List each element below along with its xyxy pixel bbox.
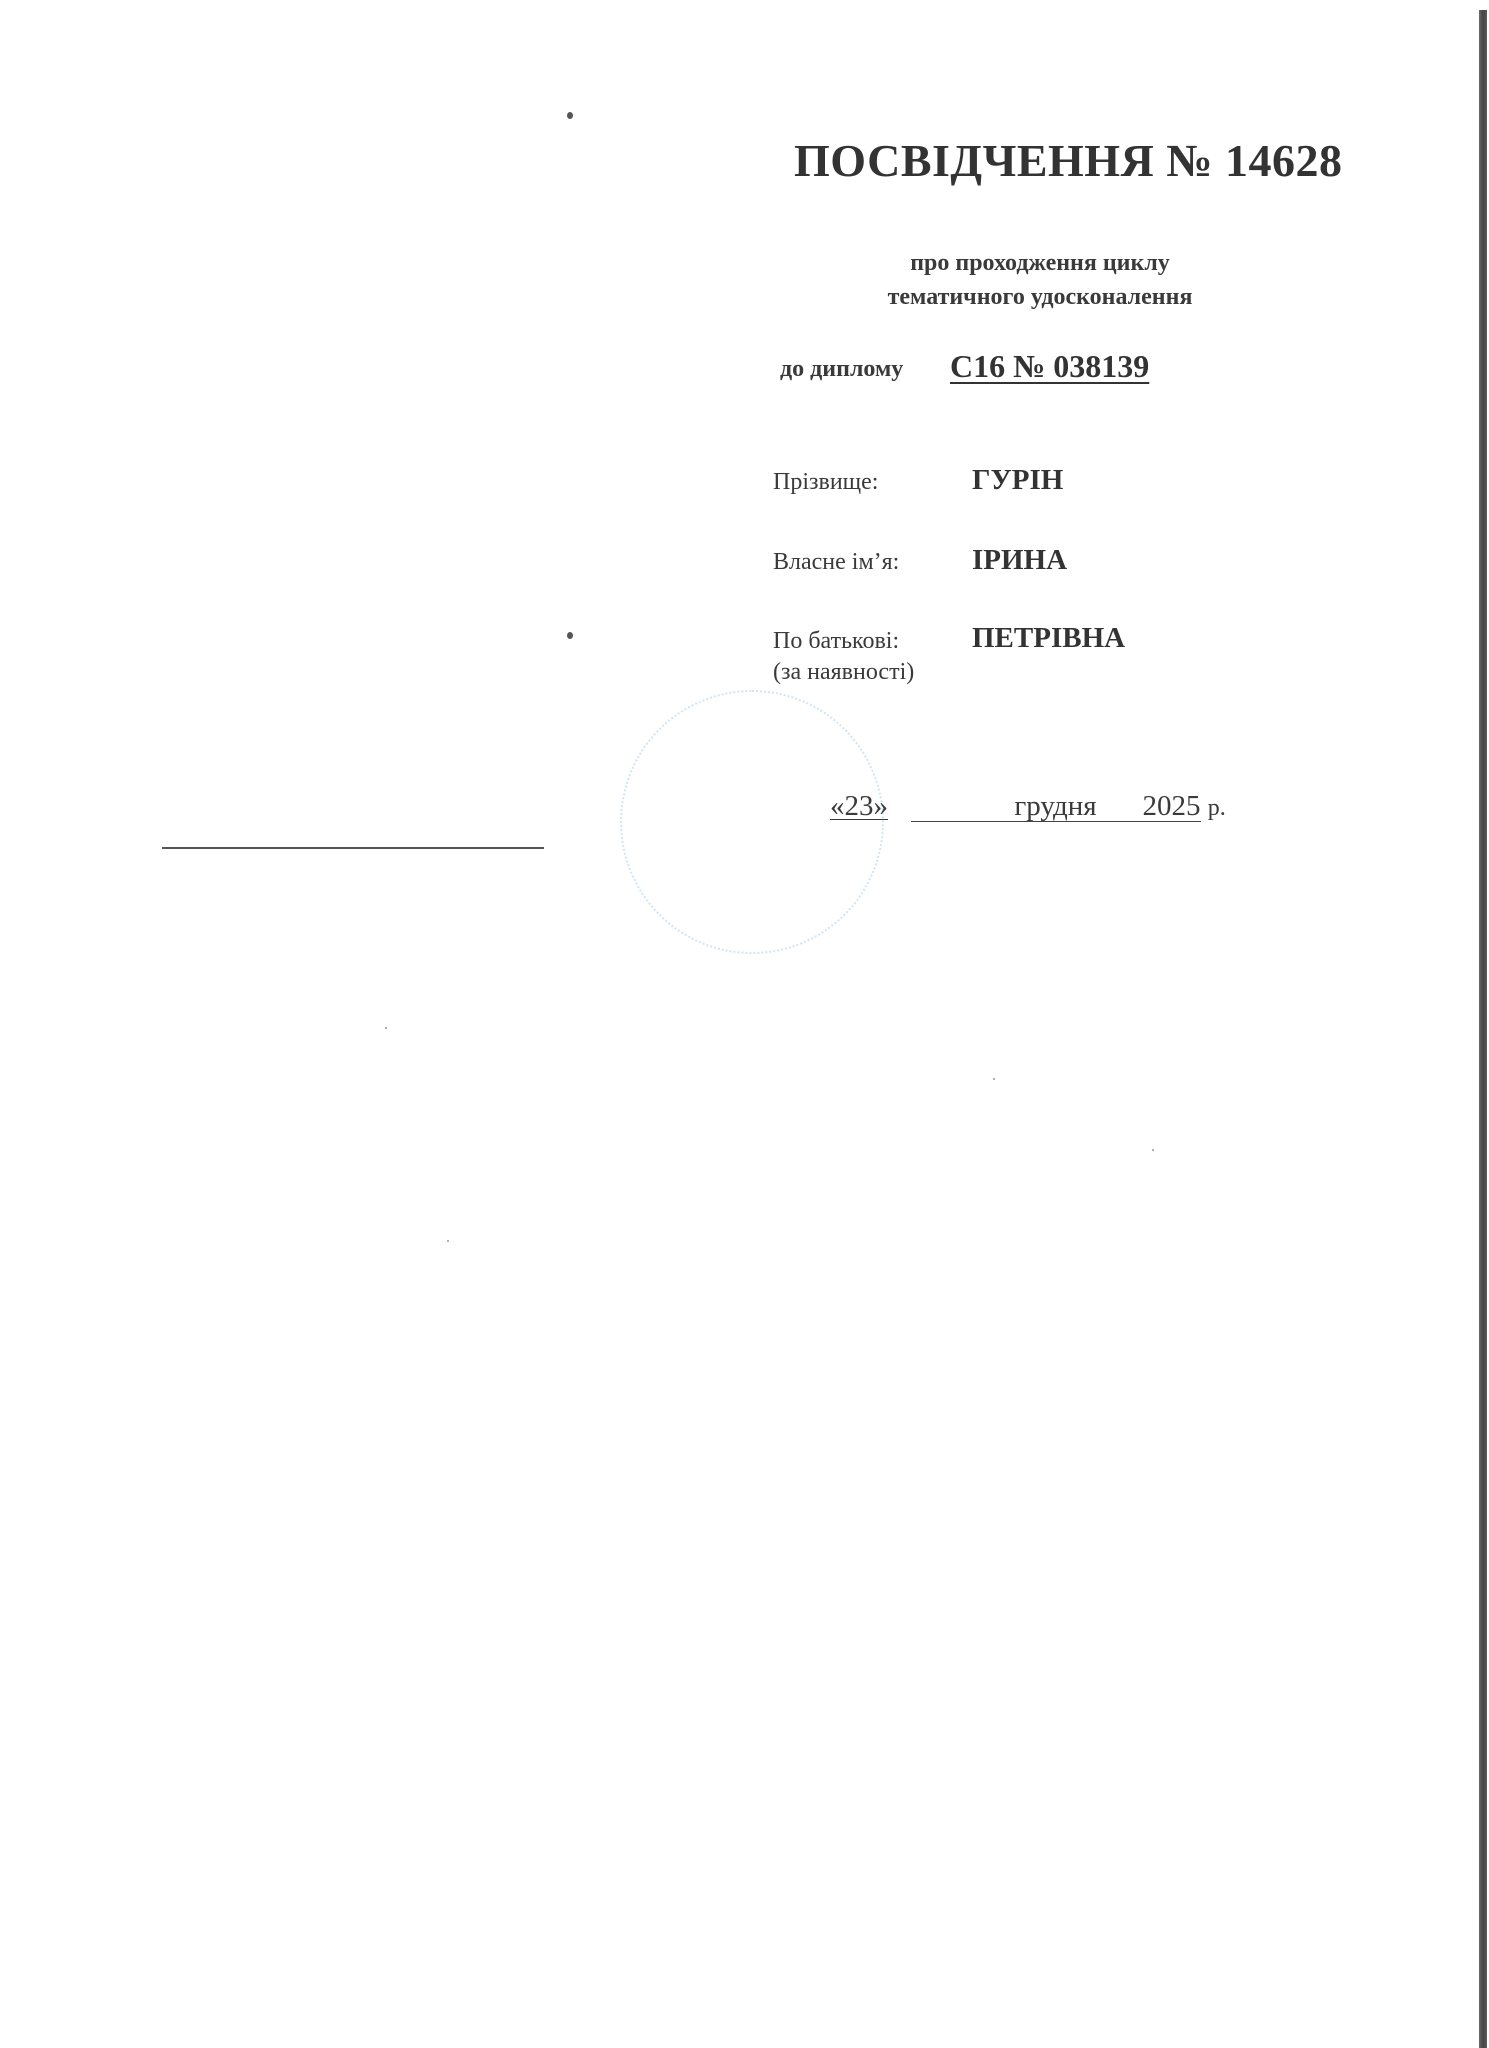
date-day: «23» <box>830 790 888 822</box>
subtitle-line-2: тематичного удосконалення <box>760 280 1320 314</box>
diploma-number: С16 № 038139 <box>950 348 1149 385</box>
date-month: грудня <box>1014 790 1096 822</box>
scanner-edge <box>1479 10 1487 2048</box>
patronymic-label: По батькові: <box>773 628 899 655</box>
surname-label: Прізвище: <box>773 469 878 496</box>
patronymic-sublabel: (за наявності) <box>773 659 914 686</box>
certificate-subtitle: про проходження циклу тематичного удоско… <box>760 246 1320 314</box>
date-suffix: р. <box>1208 795 1226 821</box>
signature-line <box>162 847 544 849</box>
diploma-label: до диплому <box>780 356 903 383</box>
issue-date: «23» грудня 2025 р. <box>830 790 1226 823</box>
subtitle-line-1: про проходження циклу <box>760 246 1320 280</box>
patronymic-value: ПЕТРІВНА <box>972 622 1125 655</box>
certificate-title: ПОСВІДЧЕННЯ № 14628 <box>794 134 1343 187</box>
date-month-year: грудня 2025 <box>911 791 1201 822</box>
speck <box>385 1027 387 1029</box>
date-year: 2025 <box>1143 791 1201 821</box>
speck <box>993 1078 995 1080</box>
first-name-label: Власне ім’я: <box>773 549 899 576</box>
speck <box>1152 1149 1154 1151</box>
punch-mark <box>567 632 573 639</box>
speck <box>447 1240 449 1242</box>
surname-value: ГУРІН <box>972 464 1063 497</box>
punch-mark <box>567 112 573 119</box>
first-name-value: ІРИНА <box>972 544 1067 577</box>
